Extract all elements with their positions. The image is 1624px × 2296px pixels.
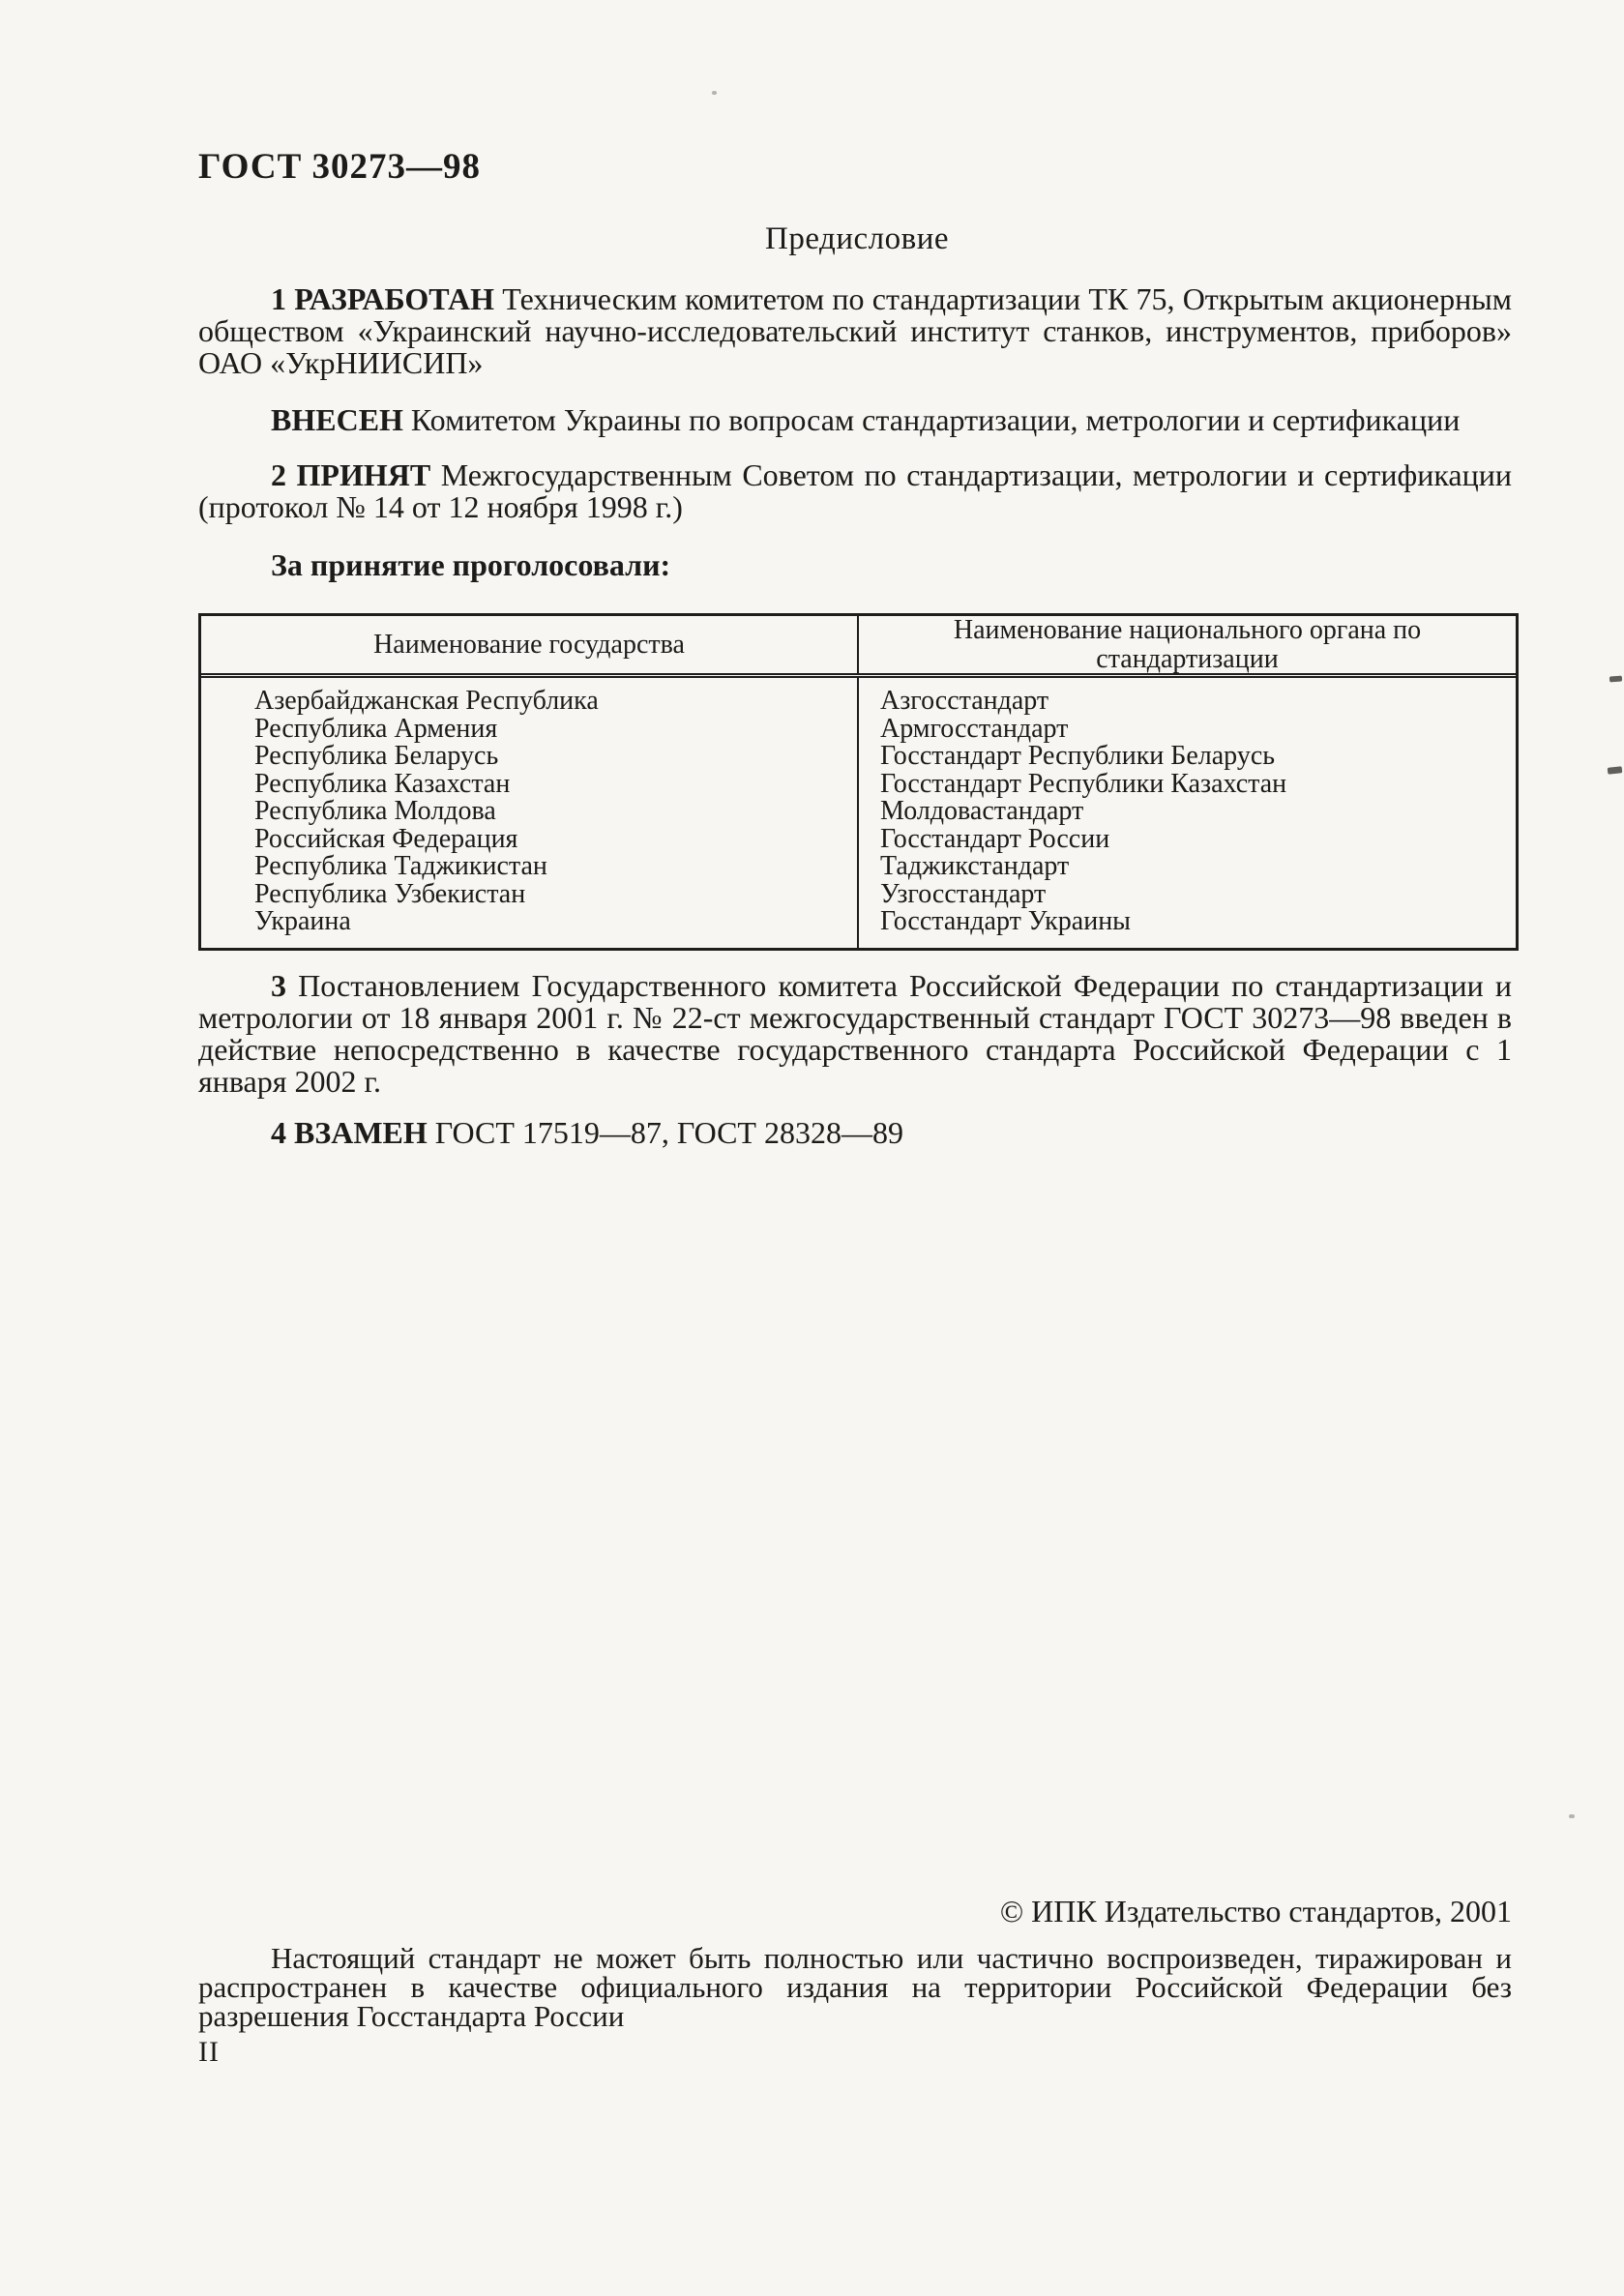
clause-submitted-label: ВНЕСЕН (271, 402, 403, 437)
voting-table-header: Наименование государства Наименование на… (201, 616, 1516, 678)
table-row-body: Госстандарт Украины (880, 908, 1516, 936)
table-row-body: Госстандарт России (880, 826, 1516, 854)
state-column: Азербайджанская РеспубликаРеспублика Арм… (201, 678, 859, 948)
table-row-state: Республика Беларусь (254, 743, 857, 771)
page-number: II (198, 2036, 220, 2069)
table-row-body: Таджикстандарт (880, 853, 1516, 881)
clause-3-label: 3 (271, 968, 286, 1003)
table-row-body: Госстандарт Республики Беларусь (880, 743, 1516, 771)
clause-4-replaces: 4 ВЗАМЕН ГОСТ 17519—87, ГОСТ 28328—89 (198, 1117, 1512, 1149)
scan-artifact (1609, 676, 1622, 683)
clause-3-decree: 3 Постановлением Государственного комите… (198, 970, 1512, 1098)
standard-number: ГОСТ 30273—98 (198, 146, 779, 188)
scan-artifact (1569, 1814, 1575, 1818)
clause-submitted: ВНЕСЕН Комитетом Украины по вопросам ста… (198, 404, 1512, 436)
voting-table-body: Азербайджанская РеспубликаРеспублика Арм… (201, 678, 1516, 948)
table-row-body: Госстандарт Республики Казахстан (880, 771, 1516, 799)
table-row-state: Республика Таджикистан (254, 853, 857, 881)
clause-2-label: 2 ПРИНЯТ (271, 457, 430, 492)
table-row-body: Молдовастандарт (880, 798, 1516, 826)
clause-submitted-text: Комитетом Украины по вопросам стандартиз… (403, 402, 1460, 437)
document-page: ГОСТ 30273—98 Предисловие 1 РАЗРАБОТАН Т… (0, 0, 1624, 2296)
table-row-state: Российская Федерация (254, 826, 857, 854)
scan-artifact (1608, 766, 1623, 775)
clause-4-label: 4 ВЗАМЕН (271, 1115, 428, 1150)
preface-title: Предисловие (198, 221, 1516, 257)
clause-4-text: ГОСТ 17519—87, ГОСТ 28328—89 (428, 1115, 903, 1150)
table-row-body: Узгосстандарт (880, 881, 1516, 909)
table-row-state: Республика Армения (254, 716, 857, 744)
table-row-state: Республика Молдова (254, 798, 857, 826)
body-column: АзгосстандартАрмгосстандартГосстандарт Р… (859, 678, 1516, 948)
table-row-state: Украина (254, 908, 857, 936)
clause-1-developed: 1 РАЗРАБОТАН Техническим комитетом по ст… (198, 283, 1512, 379)
table-row-state: Республика Казахстан (254, 771, 857, 799)
clause-3-text: Постановлением Государственного комитета… (198, 968, 1512, 1099)
header-cell-body: Наименование национального органа по ста… (859, 616, 1516, 673)
voting-table: Наименование государства Наименование на… (198, 613, 1519, 951)
scan-artifact (712, 91, 717, 95)
clause-1-label: 1 РАЗРАБОТАН (271, 281, 494, 316)
table-row-state: Азербайджанская Республика (254, 688, 857, 716)
header-cell-state: Наименование государства (201, 616, 859, 673)
table-row-body: Армгосстандарт (880, 716, 1516, 744)
vote-heading: За принятие проголосовали: (198, 549, 1512, 581)
table-row-body: Азгосстандарт (880, 688, 1516, 716)
table-row-state: Республика Узбекистан (254, 881, 857, 909)
legal-notice: Настоящий стандарт не может быть полност… (198, 1944, 1512, 2031)
clause-2-adopted: 2 ПРИНЯТ Межгосударственным Советом по с… (198, 459, 1512, 523)
copyright-line: © ИПК Издательство стандартов, 2001 (198, 1894, 1512, 1929)
